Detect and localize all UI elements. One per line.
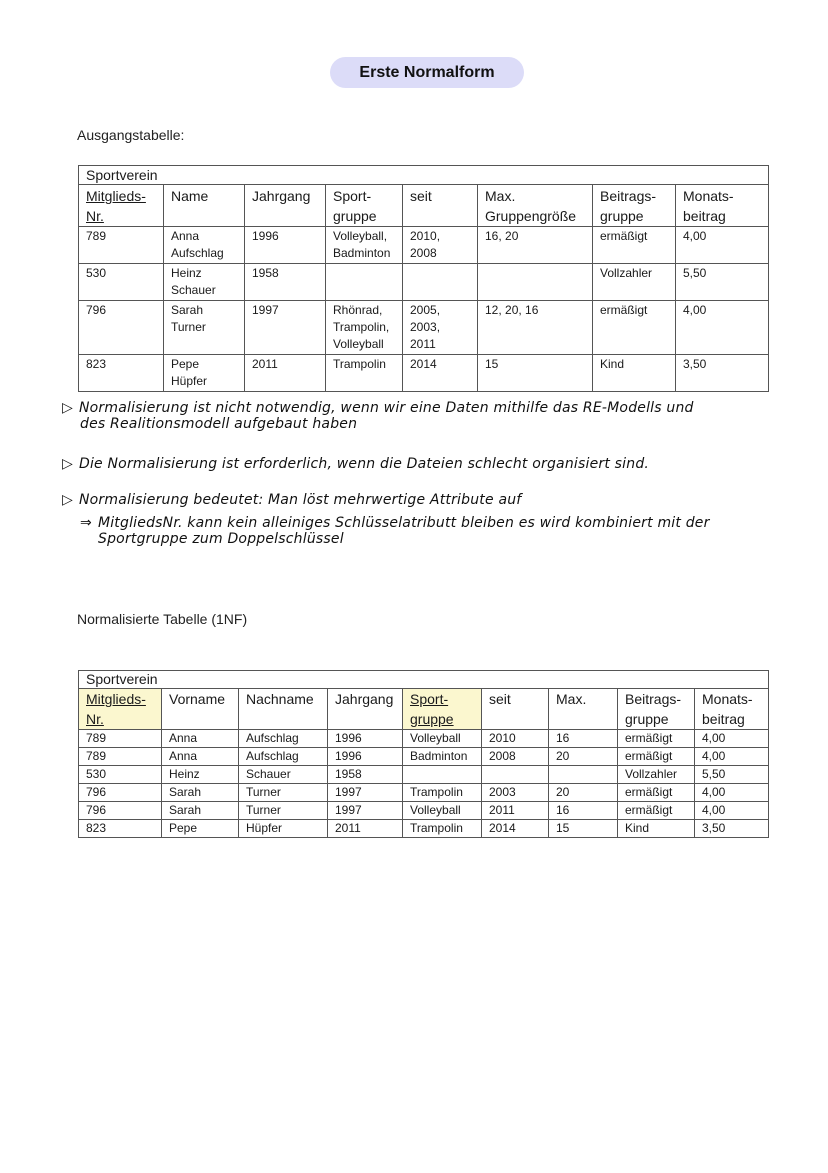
table-cell <box>326 264 403 301</box>
column-header: Sport-gruppe <box>403 689 482 730</box>
table-cell: 2005,2003,2011 <box>403 301 478 355</box>
table-cell: 823 <box>79 355 164 392</box>
table-cell: Turner <box>239 784 328 802</box>
table-cell: PepeHüpfer <box>164 355 245 392</box>
section-label-normalized-table: Normalisierte Tabelle (1NF) <box>77 611 247 627</box>
table-row: 796SarahTurner1997Trampolin200320ermäßig… <box>79 784 769 802</box>
table-cell: Trampolin <box>326 355 403 392</box>
table-row: 796SarahTurner1997Volleyball201116ermäßi… <box>79 802 769 820</box>
table-cell: 2010,2008 <box>403 227 478 264</box>
section-label-source-table: Ausgangstabelle: <box>77 127 184 143</box>
column-header: seit <box>482 689 549 730</box>
table-cell: 1958 <box>245 264 326 301</box>
table-cell: 12, 20, 16 <box>478 301 593 355</box>
table-cell: AnnaAufschlag <box>164 227 245 264</box>
note-1: ▷Normalisierung ist nicht notwendig, wen… <box>62 400 694 432</box>
column-header: Jahrgang <box>328 689 403 730</box>
table-row: 789AnnaAufschlag1996Badminton200820ermäß… <box>79 748 769 766</box>
table-cell: Sarah <box>162 802 239 820</box>
normalized-table: Sportverein Mitglieds-Nr. Vorname Nachna… <box>78 670 769 838</box>
table-cell: Anna <box>162 748 239 766</box>
table-cell: 5,50 <box>695 766 769 784</box>
table-cell: 1996 <box>245 227 326 264</box>
table-cell: Sarah <box>162 784 239 802</box>
column-header: Max.Gruppengröße <box>478 185 593 227</box>
table-cell: Volleyball <box>403 730 482 748</box>
table-cell: 2010 <box>482 730 549 748</box>
column-header: Name <box>164 185 245 227</box>
table-cell: 2014 <box>482 820 549 838</box>
table-cell: 789 <box>79 748 162 766</box>
table-cell: Trampolin <box>403 820 482 838</box>
table-cell: 16 <box>549 730 618 748</box>
table-cell <box>549 766 618 784</box>
table-cell <box>482 766 549 784</box>
table-cell: Schauer <box>239 766 328 784</box>
column-header: Sport-gruppe <box>326 185 403 227</box>
table-cell: 1996 <box>328 748 403 766</box>
column-header: Mitglieds-Nr. <box>79 185 164 227</box>
table-cell: Kind <box>593 355 676 392</box>
table-cell: Aufschlag <box>239 730 328 748</box>
table-cell: 1997 <box>328 784 403 802</box>
table-row: 789AnnaAufschlag1996Volleyball201016ermä… <box>79 730 769 748</box>
table-cell: Kind <box>618 820 695 838</box>
table-cell: 1996 <box>328 730 403 748</box>
table-cell: 4,00 <box>695 802 769 820</box>
table-cell <box>403 264 478 301</box>
table-header-row: Mitglieds-Nr. Vorname Nachname Jahrgang … <box>79 689 769 730</box>
source-table: Sportverein Mitglieds-Nr. Name Jahrgang … <box>78 165 769 392</box>
table-cell: Aufschlag <box>239 748 328 766</box>
table-caption: Sportverein <box>79 166 769 185</box>
table-cell: ermäßigt <box>618 730 695 748</box>
table-cell: 789 <box>79 227 164 264</box>
table-cell: 1997 <box>245 301 326 355</box>
table-cell: 796 <box>79 301 164 355</box>
table-cell: ermäßigt <box>618 748 695 766</box>
table-row: 789AnnaAufschlag1996Volleyball,Badminton… <box>79 227 769 264</box>
table-cell: 2008 <box>482 748 549 766</box>
note-4: ⇒MitgliedsNr. kann kein alleiniges Schlü… <box>80 515 710 547</box>
table-cell: 1997 <box>328 802 403 820</box>
table-cell: 20 <box>549 784 618 802</box>
table-cell: ermäßigt <box>593 227 676 264</box>
table-cell: 2011 <box>482 802 549 820</box>
note-3: ▷Normalisierung bedeutet: Man löst mehrw… <box>62 492 521 508</box>
table-cell: 796 <box>79 802 162 820</box>
table-cell: 16, 20 <box>478 227 593 264</box>
table-row: 796SarahTurner1997Rhönrad,Trampolin,Voll… <box>79 301 769 355</box>
column-header: seit <box>403 185 478 227</box>
table-cell: 796 <box>79 784 162 802</box>
table-cell: HeinzSchauer <box>164 264 245 301</box>
note-text: Normalisierung ist nicht notwendig, wenn… <box>62 400 694 432</box>
table-cell: 5,50 <box>676 264 769 301</box>
table-cell: 2011 <box>245 355 326 392</box>
table-header-row: Mitglieds-Nr. Name Jahrgang Sport-gruppe… <box>79 185 769 227</box>
table-cell: Turner <box>239 802 328 820</box>
table-row: 530HeinzSchauer1958Vollzahler5,50 <box>79 766 769 784</box>
column-header: Nachname <box>239 689 328 730</box>
table-cell <box>478 264 593 301</box>
table-cell: Volleyball,Badminton <box>326 227 403 264</box>
table-cell: 3,50 <box>695 820 769 838</box>
table-cell: 789 <box>79 730 162 748</box>
table-cell: 4,00 <box>695 784 769 802</box>
table-cell: Badminton <box>403 748 482 766</box>
table-row: 823PepeHüpfer2011Trampolin201415Kind3,50 <box>79 820 769 838</box>
table-cell: 16 <box>549 802 618 820</box>
column-header: Beitrags-gruppe <box>618 689 695 730</box>
column-header: Vorname <box>162 689 239 730</box>
table-cell: 2003 <box>482 784 549 802</box>
note-text: Normalisierung bedeutet: Man löst mehrwe… <box>79 492 521 508</box>
table-cell: Vollzahler <box>593 264 676 301</box>
table-cell: Hüpfer <box>239 820 328 838</box>
table-cell: Heinz <box>162 766 239 784</box>
column-header: Mitglieds-Nr. <box>79 689 162 730</box>
table-cell: Pepe <box>162 820 239 838</box>
table-cell: 15 <box>478 355 593 392</box>
table-cell: Volleyball <box>403 802 482 820</box>
column-header: Monats-beitrag <box>676 185 769 227</box>
table-cell: Anna <box>162 730 239 748</box>
table-cell: 2014 <box>403 355 478 392</box>
table-cell: ermäßigt <box>593 301 676 355</box>
table-cell: 823 <box>79 820 162 838</box>
column-header: Monats-beitrag <box>695 689 769 730</box>
table-cell: 2011 <box>328 820 403 838</box>
table-cell: 20 <box>549 748 618 766</box>
table-cell: 4,00 <box>695 730 769 748</box>
table-cell: Trampolin <box>403 784 482 802</box>
column-header: Max. <box>549 689 618 730</box>
table-cell: 4,00 <box>676 227 769 264</box>
table-cell: 15 <box>549 820 618 838</box>
column-header: Beitrags-gruppe <box>593 185 676 227</box>
note-2: ▷Die Normalisierung ist erforderlich, we… <box>62 456 649 472</box>
table-row: 530HeinzSchauer1958Vollzahler5,50 <box>79 264 769 301</box>
table-caption: Sportverein <box>79 671 769 689</box>
table-cell: 4,00 <box>695 748 769 766</box>
table-cell <box>403 766 482 784</box>
table-cell: ermäßigt <box>618 784 695 802</box>
page-title: Erste Normalform <box>330 57 524 88</box>
column-header: Jahrgang <box>245 185 326 227</box>
note-text: MitgliedsNr. kann kein alleiniges Schlüs… <box>80 515 710 547</box>
table-cell: Rhönrad,Trampolin,Volleyball <box>326 301 403 355</box>
table-cell: 3,50 <box>676 355 769 392</box>
table-row: 823PepeHüpfer2011Trampolin201415Kind3,50 <box>79 355 769 392</box>
table-cell: 530 <box>79 766 162 784</box>
table-cell: 4,00 <box>676 301 769 355</box>
table-cell: 530 <box>79 264 164 301</box>
table-cell: SarahTurner <box>164 301 245 355</box>
table-cell: 1958 <box>328 766 403 784</box>
table-cell: Vollzahler <box>618 766 695 784</box>
note-text: Die Normalisierung ist erforderlich, wen… <box>79 456 649 472</box>
table-cell: ermäßigt <box>618 802 695 820</box>
